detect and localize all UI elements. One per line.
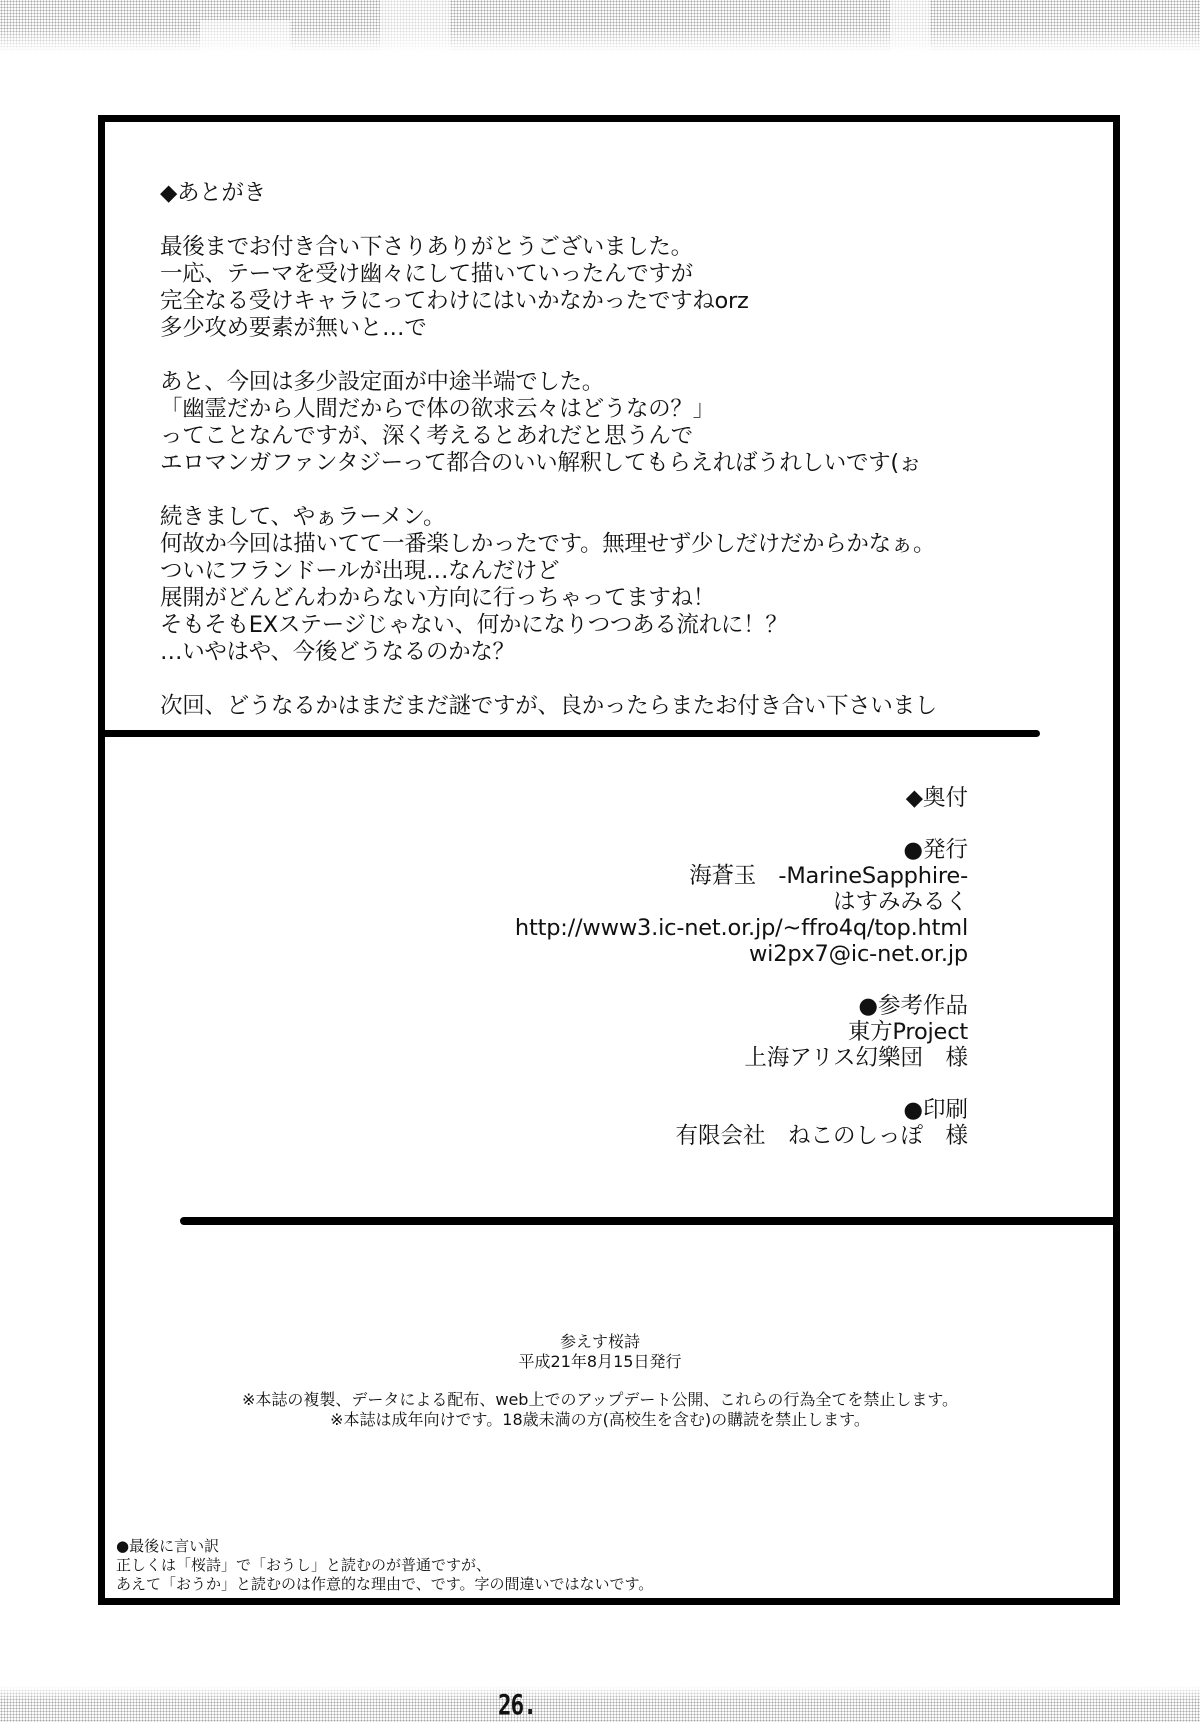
afterword-paragraph: 続きまして、やぁラーメン。 何故か今回は描いてて一番楽しかったです。無理せず少し…	[160, 504, 1060, 666]
legal-notice: ※本誌は成年向けです。18歳未満の方(高校生を含む)の購読を禁止します。	[140, 1410, 1060, 1430]
text-line: …いやはや、今後どうなるのかな？	[160, 639, 1060, 666]
publisher-label: ●発行	[368, 837, 968, 863]
section-divider-colophon	[180, 1217, 1120, 1225]
excuse-heading: ●最後に言い訳	[116, 1537, 816, 1556]
text-line: 次回、どうなるかはまだまだ謎ですが、良かったらまたお付き合い下さいまし	[160, 693, 1060, 720]
legal-section: 参えす桜詩 平成21年8月15日発行 ※本誌の複製、データによる配布、web上で…	[140, 1332, 1060, 1430]
text-line: ってことなんですが、深く考えるとあれだと思うんで	[160, 423, 1060, 450]
text-line: 続きまして、やぁラーメン。	[160, 504, 1060, 531]
publish-date: 平成21年8月15日発行	[140, 1352, 1060, 1372]
text-line: あと、今回は多少設定面が中途半端でした。	[160, 369, 1060, 396]
screentone-gap	[380, 0, 450, 52]
text-line: 一応、テーマを受け幽々にして描いていったんですが	[160, 261, 1060, 288]
contact-email: wi2px7@ic-net.or.jp	[368, 941, 968, 967]
legal-notice: ※本誌の複製、データによる配布、web上でのアップデート公開、これらの行為全てを…	[140, 1390, 1060, 1410]
text-line: エロマンガファンタジーって都合のいい解釈してもらえればうれしいです(ぉ	[160, 450, 1060, 477]
decorative-screentone-top	[0, 0, 1200, 52]
text-line: そもそもEXステージじゃない、何かになりつつある流れに！？	[160, 612, 1060, 639]
book-title: 参えす桜詩	[140, 1332, 1060, 1352]
text-line: 正しくは「桜詩」で「おうし」と読むのが普通ですが、	[116, 1556, 816, 1575]
publication-info: 参えす桜詩 平成21年8月15日発行	[140, 1332, 1060, 1372]
excuse-note: ●最後に言い訳 正しくは「桜詩」で「おうし」と読むのが普通ですが、 あえて「おう…	[116, 1537, 816, 1594]
text-line: 多少攻め要素が無いと…で	[160, 315, 1060, 342]
text-line: 何故か今回は描いてて一番楽しかったです。無理せず少しだけだからかなぁ。	[160, 531, 1060, 558]
printer-name: 有限会社 ねこのしっぽ 様	[368, 1123, 968, 1149]
screentone-gap	[200, 20, 290, 52]
afterword-heading: ◆あとがき	[160, 180, 1060, 207]
text-line: 「幽霊だから人間だからで体の欲求云々はどうなの？」	[160, 396, 1060, 423]
text-line: 完全なる受けキャラにってわけにはいかなかったですねorz	[160, 288, 1060, 315]
publisher-block: ●発行 海蒼玉 -MarineSapphire- はすみみるく http://w…	[368, 837, 968, 967]
decorative-screentone-bottom	[0, 1686, 1200, 1722]
reference-creator: 上海アリス幻樂団 様	[368, 1045, 968, 1071]
page-number: 26.	[498, 1690, 536, 1720]
afterword-section: ◆あとがき 最後までお付き合い下さりありがとうございました。 一応、テーマを受け…	[160, 180, 1060, 747]
reference-block: ●参考作品 東方Project 上海アリス幻樂団 様	[368, 993, 968, 1071]
circle-name: 海蒼玉 -MarineSapphire-	[368, 863, 968, 889]
text-line: あえて「おうか」と読むのは作意的な理由で、です。字の間違いではないです。	[116, 1575, 816, 1594]
text-line: 展開がどんどんわからない方向に行っちゃってますね！	[160, 585, 1060, 612]
afterword-paragraph: あと、今回は多少設定面が中途半端でした。 「幽霊だから人間だからで体の欲求云々は…	[160, 369, 1060, 477]
website-url: http://www3.ic-net.or.jp/~ffro4q/top.htm…	[368, 915, 968, 941]
text-line: 最後までお付き合い下さりありがとうございました。	[160, 234, 1060, 261]
afterword-paragraph: 次回、どうなるかはまだまだ謎ですが、良かったらまたお付き合い下さいまし	[160, 693, 1060, 720]
colophon-heading: ◆奥付	[368, 785, 968, 811]
author-name: はすみみるく	[368, 889, 968, 915]
afterword-paragraph: 最後までお付き合い下さりありがとうございました。 一応、テーマを受け幽々にして描…	[160, 234, 1060, 342]
text-line: ついにフランドールが出現…なんだけど	[160, 558, 1060, 585]
screentone-gap	[890, 0, 930, 52]
printing-block: ●印刷 有限会社 ねこのしっぽ 様	[368, 1097, 968, 1149]
colophon-section: ◆奥付 ●発行 海蒼玉 -MarineSapphire- はすみみるく http…	[368, 785, 968, 1175]
printing-label: ●印刷	[368, 1097, 968, 1123]
reference-label: ●参考作品	[368, 993, 968, 1019]
reference-work: 東方Project	[368, 1019, 968, 1045]
